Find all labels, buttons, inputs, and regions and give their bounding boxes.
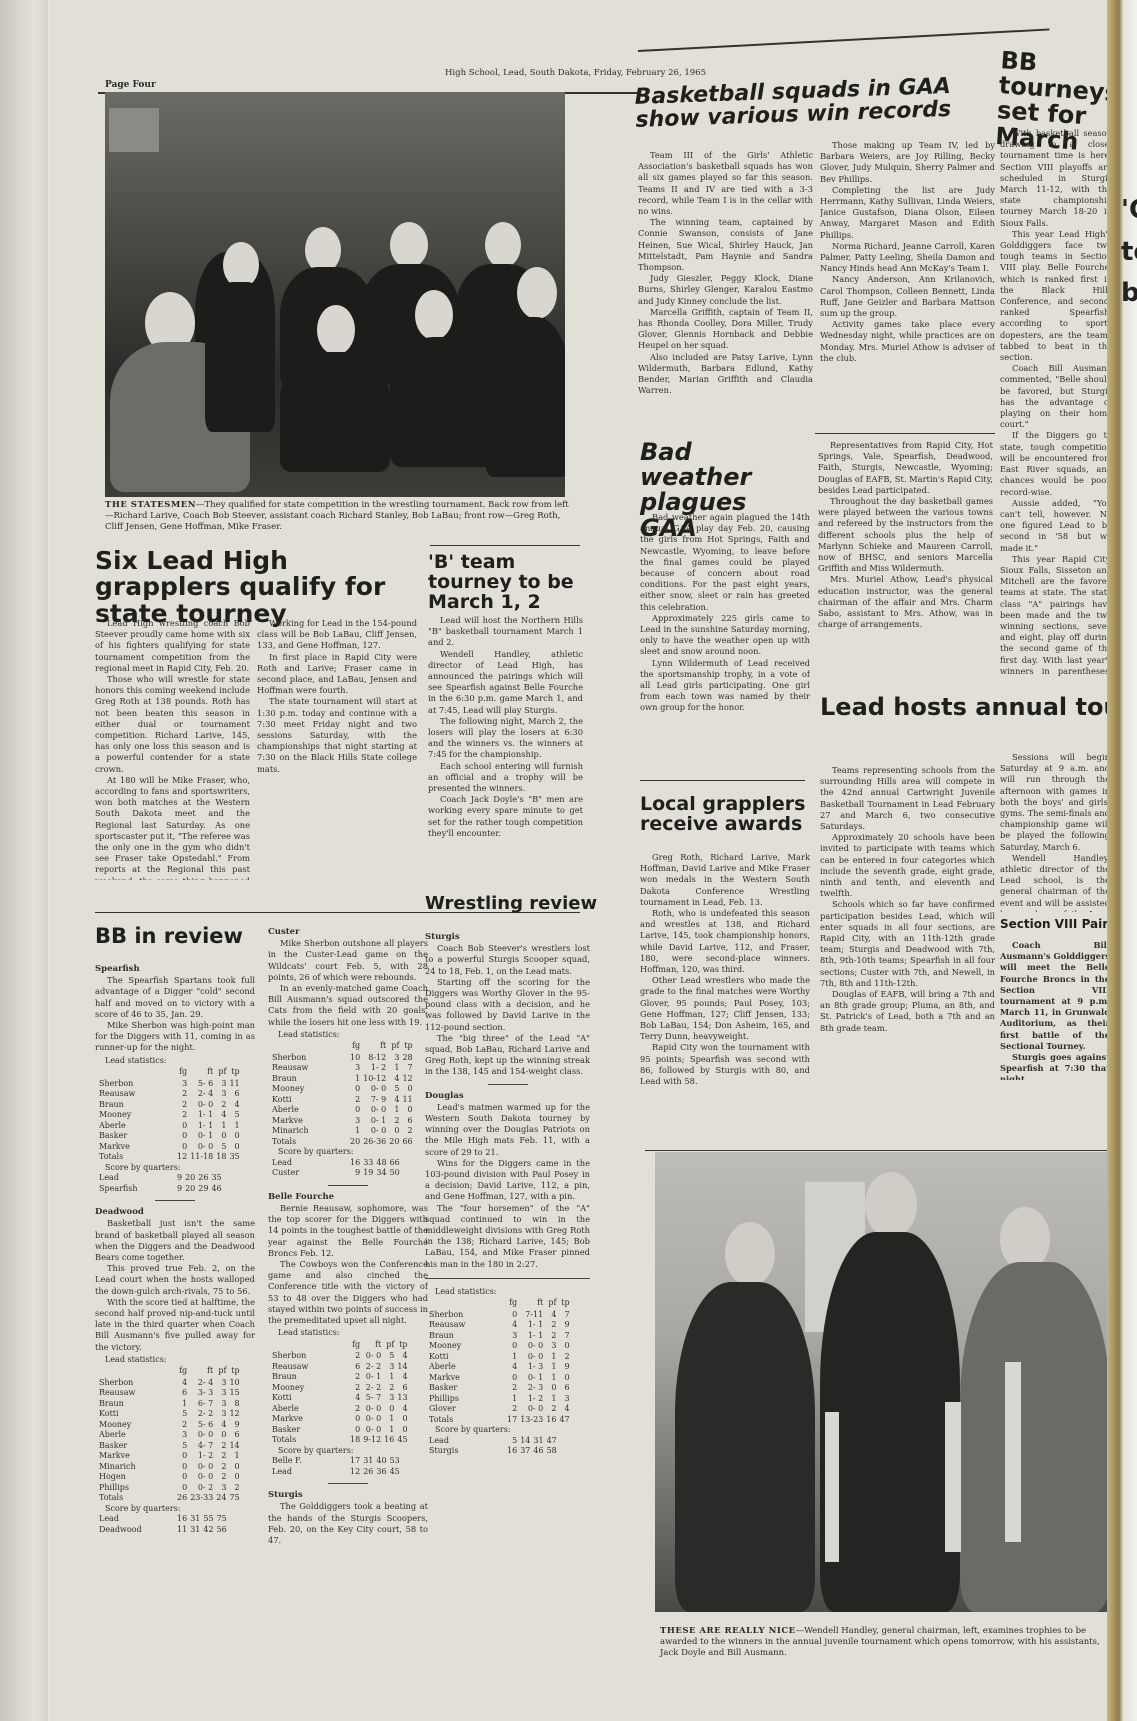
stats-belle-fourche: Lead statistics: fgftpftp Sherbon20- 054…: [268, 1328, 428, 1477]
local-grapplers-col: Greg Roth, Richard Larive, Mark Hoffman,…: [640, 852, 810, 1087]
grapplers-col-2: Working for Lead in the 154-pound class …: [257, 618, 417, 880]
trophies-photo: [655, 1152, 1110, 1612]
wrestling-review-col: Sturgis Coach Bob Steever's wrestlers lo…: [425, 930, 590, 1680]
stats-deadwood: Lead statistics: fgftpftp Sherbon42- 431…: [95, 1355, 255, 1536]
divider: [328, 1185, 368, 1186]
bad-weather-col-1: Bad weather again plagued the 14th annua…: [640, 512, 810, 772]
stats-table: fgftpftp Sherbon35- 6311 Reausaw22- 436 …: [99, 1066, 243, 1163]
divider: [488, 1084, 528, 1085]
stats-table: fgftpftp Sherbon42- 4310 Reausaw63- 3315…: [99, 1365, 243, 1504]
hills-schools-col-1: Teams representing schools from the surr…: [820, 765, 995, 1075]
next-page-fragment: 'C to ba: [1121, 190, 1137, 315]
gaa-records-col-2: Those making up Team IV, led by Barbara …: [820, 140, 995, 430]
divider: [328, 1483, 368, 1484]
quarters-table: Lead16334866 Custer9193450: [272, 1158, 403, 1179]
newspaper-page: Page Four High School, Lead, South Dakot…: [50, 0, 1110, 1721]
section-rule: [425, 1278, 590, 1279]
stats-table: fgftpftp Sherbon07-1147 Reausaw41- 129 B…: [429, 1297, 573, 1425]
bb-tourneys-col: With basketball season drawing to a clos…: [1000, 128, 1112, 678]
quarters-table: Belle F.17314053 Lead12263645: [272, 1456, 403, 1477]
statesmen-caption: THE STATESMEN—They qualified for state c…: [105, 500, 575, 533]
section-rule: [430, 545, 580, 546]
hills-schools-headline: Lead hosts annual tourney Hills schools …: [820, 695, 1120, 720]
gaa-records-headline: Basketball squads in GAA show various wi…: [634, 74, 975, 132]
bb-review-col-2: Custer Mike Sherbon outshone all players…: [268, 925, 428, 1680]
page-label: Page Four: [105, 80, 156, 90]
quarters-table: Lead16315575 Deadwood11314256: [99, 1514, 230, 1535]
b-team-col: Lead will host the Northern Hills "B" ba…: [428, 615, 583, 877]
hills-schools-col-2: Sessions will begin Saturday at 9 a.m. a…: [1000, 752, 1110, 912]
masthead-rule-right: [638, 28, 1050, 51]
stats-table: fgftpftp Sherbon20- 054 Reausaw62- 2314 …: [272, 1339, 411, 1446]
statesmen-photo: [105, 92, 565, 497]
section-rule: [645, 1150, 1115, 1151]
stats-custer: Lead statistics: fgftpftp Sherbon108-123…: [268, 1030, 428, 1179]
bb-review-headline: BB in review: [95, 925, 295, 947]
quarters-table: Lead9202635 Spearfish9202946: [99, 1173, 225, 1194]
trophies-caption: THESE ARE REALLY NICE—Wendell Handley, g…: [660, 1626, 1115, 1659]
stats-spearfish: Lead statistics: fgftpftp Sherbon35- 631…: [95, 1056, 255, 1195]
bb-review-col-1: Spearfish The Spearfish Spartans took fu…: [95, 962, 255, 1682]
section-rule: [640, 780, 805, 781]
grapplers-col-1: Lead High wrestling coach Bob Steever pr…: [95, 618, 250, 880]
grapplers-headline: Six Lead High grapplers qualify for stat…: [95, 548, 415, 627]
dateline: High School, Lead, South Dakota, Friday,…: [445, 68, 706, 78]
page-fold: 'C to ba: [1107, 0, 1137, 1721]
stats-table: fgftpftp Sherbon108-12328 Reausaw31- 217…: [272, 1040, 416, 1147]
binding-edge: [0, 0, 48, 1721]
caption-lead: THE STATESMEN: [105, 500, 196, 510]
section-viii-col: Coach Bill Ausmann's Golddiggers will me…: [1000, 940, 1110, 1080]
divider: [155, 1200, 195, 1201]
quarters-table: Lead5143147 Sturgis16374658: [429, 1436, 560, 1457]
caption-lead: THESE ARE REALLY NICE: [660, 1626, 796, 1636]
b-team-headline: 'B' team tourney to be March 1, 2: [428, 553, 588, 613]
wrestling-review-headline: Wrestling review: [425, 895, 625, 914]
section-rule: [815, 433, 995, 434]
gaa-records-col-1: Team III of the Girls' Athletic Associat…: [638, 150, 813, 428]
stats-sturgis: Lead statistics: fgftpftp Sherbon07-1147…: [425, 1287, 590, 1457]
local-grapplers-headline: Local grapplers receive awards: [640, 795, 810, 835]
section-viii-headline: Section VIII Pairings: [1000, 918, 1120, 931]
bad-weather-col-2: Representatives from Rapid City, Hot Spr…: [818, 440, 993, 680]
